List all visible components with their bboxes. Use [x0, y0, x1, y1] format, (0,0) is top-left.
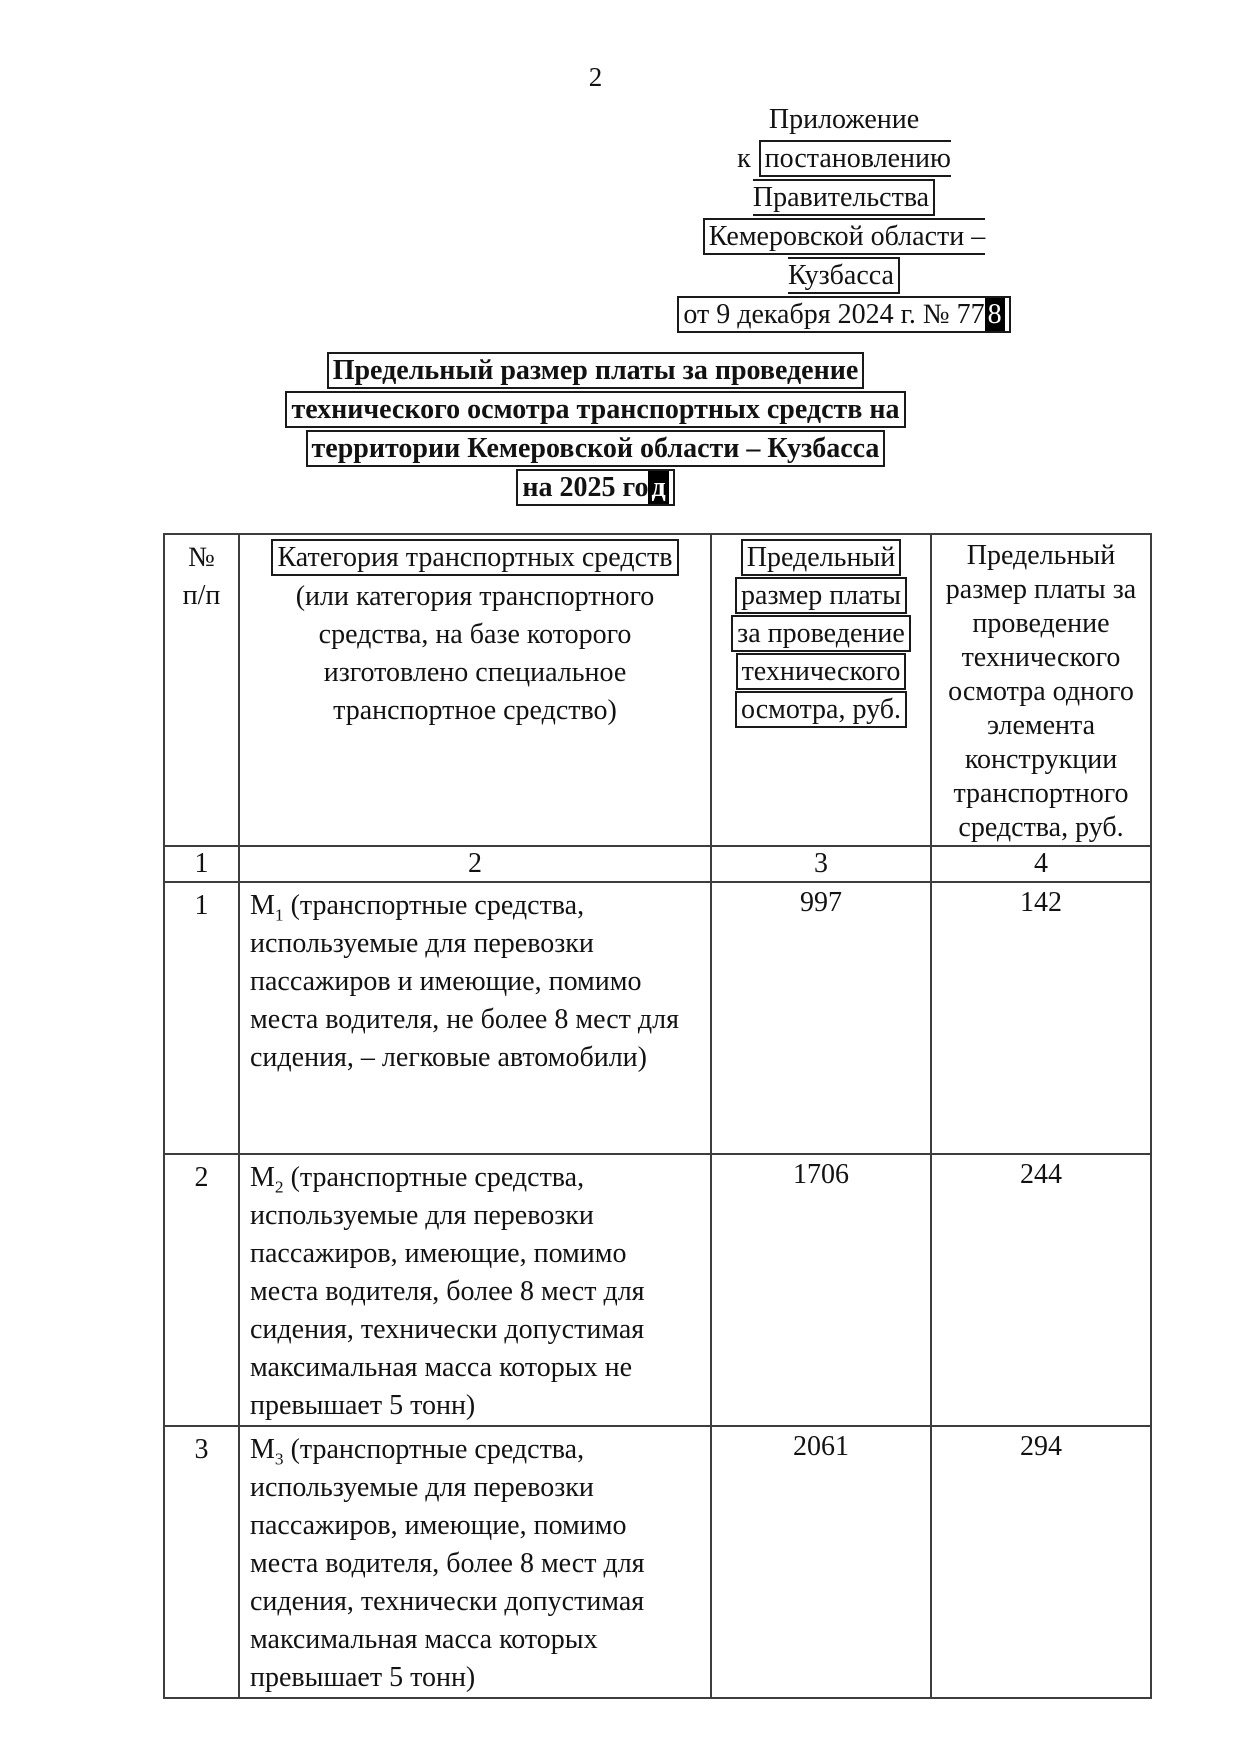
vehicle-class-subscript: 3 — [275, 1450, 284, 1469]
annex-line-region: Кемеровской области – Кузбасса — [645, 217, 1043, 295]
vehicle-class: М — [250, 1162, 275, 1193]
title-line-3: территории Кемеровской области – Кузбасс… — [163, 430, 1028, 468]
annex-region-boxed-text: Кемеровской области – Кузбасса — [703, 218, 985, 294]
title-line-2-boxed-text: технического осмотра транспортных средст… — [285, 391, 905, 428]
vehicle-class-subscript: 2 — [275, 1178, 284, 1197]
max-fee-header-line-1: Предельный — [741, 539, 901, 576]
category-description: (транспортные средства, используемые для… — [250, 1434, 645, 1693]
max-fee-cell: 2061 — [711, 1426, 931, 1698]
column-number-1: 1 — [164, 846, 239, 882]
max-fee-cell: 1706 — [711, 1154, 931, 1426]
element-fee-cell: 294 — [931, 1426, 1151, 1698]
header-cell-category: Категория транспортных средств (или кате… — [239, 534, 711, 846]
annex-line-resolution: кпостановлению Правительства — [645, 139, 1043, 217]
element-fee-cell: 142 — [931, 882, 1151, 1154]
header-cell-max-fee: Предельный размер платы за проведение те… — [711, 534, 931, 846]
max-fee-header-line-2: размер платы — [735, 577, 907, 614]
category-description: (транспортные средства, используемые для… — [250, 890, 679, 1073]
max-fee-header-line-3: за проведение — [731, 615, 911, 652]
title-year-text: на 2025 го — [522, 472, 648, 503]
vehicle-class-subscript: 1 — [275, 906, 284, 925]
page-number: 2 — [163, 62, 1028, 93]
max-fee-header-line-5: осмотра, руб. — [735, 691, 907, 728]
max-fee-cell: 997 — [711, 882, 931, 1154]
title-highlighted-char: д — [648, 471, 668, 504]
annex-highlighted-digit: 8 — [985, 298, 1005, 331]
category-header-note: (или категория транспортного средства, н… — [250, 578, 700, 730]
table-row-m2: 2 М2 (транспортные средства, используемы… — [164, 1154, 1151, 1426]
fees-table: № п/п Категория транспортных средств (ил… — [163, 533, 1152, 1699]
vehicle-class: М — [250, 1434, 275, 1465]
annex-resolution-boxed-text: постановлению Правительства — [753, 140, 951, 216]
category-cell: М1 (транспортные средства, используемые … — [239, 882, 711, 1154]
row-number-cell: 3 — [164, 1426, 239, 1698]
document-title: Предельный размер платы за проведение те… — [163, 352, 1028, 508]
max-fee-header-line-4: технического — [736, 653, 907, 690]
title-line-1-boxed-text: Предельный размер платы за проведение — [327, 352, 865, 389]
title-line-3-boxed-text: территории Кемеровской области – Кузбасс… — [306, 430, 886, 467]
annex-line-appendix: Приложение — [645, 100, 1043, 139]
column-number-4: 4 — [931, 846, 1151, 882]
title-line-4-boxed-text: на 2025 год — [516, 469, 674, 506]
table-header-row: № п/п Категория транспортных средств (ил… — [164, 534, 1151, 846]
column-number-3: 3 — [711, 846, 931, 882]
row-number-cell: 1 — [164, 882, 239, 1154]
header-cell-row-number: № п/п — [164, 534, 239, 846]
annex-date-text: от 9 декабря 2024 г. № 77 — [683, 299, 984, 330]
title-line-1: Предельный размер платы за проведение — [163, 352, 1028, 390]
category-header-boxed-line: Категория транспортных средств — [250, 539, 700, 577]
element-fee-cell: 244 — [931, 1154, 1151, 1426]
annex-line-date-number: от 9 декабря 2024 г. № 778 — [645, 295, 1043, 334]
annex-appendix-label: Приложение — [769, 104, 919, 135]
row-number-cell: 2 — [164, 1154, 239, 1426]
vehicle-class: М — [250, 890, 275, 921]
category-cell: М3 (транспортные средства, используемые … — [239, 1426, 711, 1698]
category-header-boxed-text: Категория транспортных средств — [271, 539, 678, 576]
annex-resolution-prefix: к — [737, 143, 751, 174]
annex-date-boxed-text: от 9 декабря 2024 г. № 778 — [677, 296, 1010, 333]
title-line-2: технического осмотра транспортных средст… — [163, 391, 1028, 429]
header-cell-element-fee: Предельный размер платы за проведение те… — [931, 534, 1151, 846]
category-cell: М2 (транспортные средства, используемые … — [239, 1154, 711, 1426]
column-number-2: 2 — [239, 846, 711, 882]
table-row-m3: 3 М3 (транспортные средства, используемы… — [164, 1426, 1151, 1698]
table-row-m1: 1 М1 (транспортные средства, используемы… — [164, 882, 1151, 1154]
annex-block: Приложение кпостановлению Правительства … — [645, 100, 1043, 334]
title-line-4: на 2025 год — [163, 469, 1028, 507]
category-description: (транспортные средства, используемые для… — [250, 1162, 645, 1421]
column-number-row: 1 2 3 4 — [164, 846, 1151, 882]
